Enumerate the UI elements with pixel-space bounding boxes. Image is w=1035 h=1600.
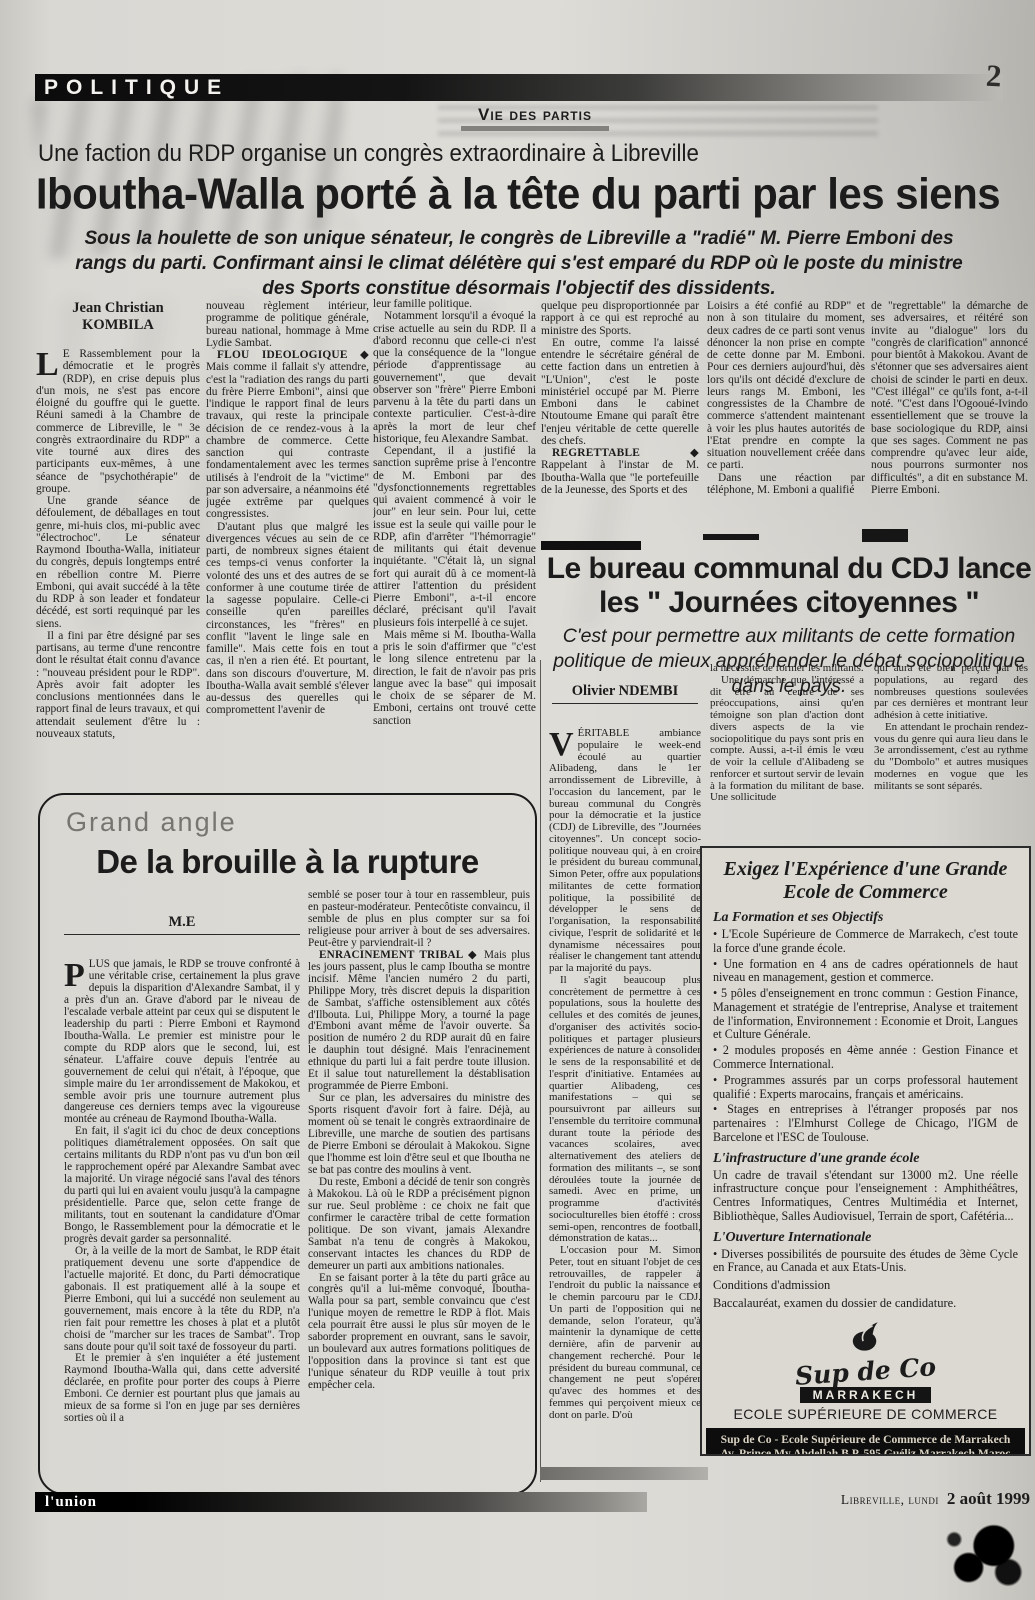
- paragraph: En se faisant porter à la tête du parti …: [308, 1273, 530, 1393]
- paragraph: Or, à la veille de la mort de Sambat, le…: [64, 1246, 300, 1354]
- paragraph: Un cadre de travail s'étendant sur 13000…: [713, 1169, 1018, 1224]
- advert-logo-subtitle: ECOLE SUPÉRIEURE DE COMMERCE: [713, 1407, 1018, 1421]
- section-bar: POLITIQUE: [35, 74, 1003, 101]
- cdj-top-rule: [541, 541, 641, 550]
- lead-byline: Jean Christian KOMBILA: [36, 300, 200, 333]
- paragraph: ENRACINEMENT TRIBAL ◆ Mais plus les jour…: [308, 950, 530, 1093]
- paragraph: Il a fini par être désigné par ses parti…: [36, 630, 200, 740]
- cdj-headline: Le bureau communal du CDJ lance les " Jo…: [545, 552, 1033, 619]
- grand-angle-column-2: semblé se poser tour à tour en rassemble…: [308, 890, 530, 1475]
- lead-headline: Iboutha-Walla porté à la tête du parti p…: [35, 169, 1001, 219]
- paragraph: Conditions d'admission: [713, 1278, 1018, 1292]
- advert-title: Exigez l'Expérience d'une Grande Ecole d…: [713, 858, 1018, 904]
- paragraph: La Formation et ses Objectifs: [713, 910, 1018, 926]
- rubric-rule: [461, 126, 609, 131]
- paragraph: Sur ce plan, les adversaires du ministre…: [308, 1093, 530, 1177]
- dropcap: L: [36, 348, 63, 378]
- paragraph: Une démarche que l'intéressé a dit être …: [710, 675, 864, 804]
- paragraph: ÉRITABLE ambiance populaire le week-end …: [549, 728, 701, 975]
- lead-column-5: Loisirs a été confié au RDP" et non à so…: [707, 300, 865, 542]
- grand-angle-byline: M.E: [64, 897, 300, 959]
- lead-column-6: de "regrettable" la démarche de ses adve…: [871, 300, 1028, 542]
- article-end-bar: [540, 1467, 708, 1480]
- grand-angle-label: Grand angle: [66, 807, 237, 838]
- ink-blot: [938, 1516, 1028, 1594]
- grand-angle-box: Grand angle De la brouille à la rupture …: [38, 793, 537, 1495]
- paragraph: semblé se poser tour à tour en rassemble…: [308, 890, 530, 950]
- lead-deck: Sous la houlette de son unique sénateur,…: [58, 226, 980, 301]
- paragraph: En outre, comme l'a laissé entendre le s…: [541, 337, 699, 447]
- section-title: POLITIQUE: [44, 76, 229, 100]
- page-number: 2: [985, 58, 1002, 95]
- cdj-byline-text: Olivier NDEMBI: [572, 683, 678, 699]
- dropcap: P: [64, 959, 89, 989]
- paragraph: Av. Prince My Abdellah B.P. 595 Guéliz M…: [714, 1447, 1017, 1456]
- lead-kicker: Une faction du RDP organise un congrès e…: [38, 140, 699, 168]
- paragraph: En fait, il s'agit ici du choc de deux c…: [64, 1126, 300, 1246]
- paragraph: REGRETTABLE ◆ Rappelant à l'instar de M.…: [541, 447, 699, 496]
- paragraph: la nécessité de former les militants.: [710, 663, 864, 675]
- lead-column-2: nouveau règlement intérieur, programme d…: [206, 300, 369, 794]
- paragraph: Et le premier à s'en inquiéter a été jus…: [64, 1353, 300, 1425]
- paragraph: En attendant le prochain rendez-vous du …: [874, 722, 1028, 793]
- end-of-column-mark: [703, 534, 759, 540]
- paragraph: qui aura été bien perçue par les populat…: [874, 663, 1028, 722]
- paragraph: • 5 pôles d'enseignement en tronc commun…: [713, 987, 1018, 1042]
- column-divider-rule: [540, 660, 541, 1482]
- paragraph: L'Ouverture Internationale: [713, 1230, 1018, 1246]
- paragraph: de "regrettable" la démarche de ses adve…: [871, 300, 1028, 496]
- newspaper-page: POLITIQUE 2 Vie des partis Une faction d…: [0, 0, 1035, 1600]
- paragraph: • Stages en entreprises à l'étranger pro…: [713, 1103, 1018, 1144]
- paragraph: L'occasion pour M. Simon Peter, tout en …: [549, 1245, 701, 1421]
- cdj-column-3: qui aura été bien perçue par les populat…: [874, 663, 1028, 845]
- paragraph: Il s'agit beaucoup plus concrètement de …: [549, 975, 701, 1245]
- paragraph: • Diverses possibilités de poursuite des…: [713, 1248, 1018, 1276]
- masthead-footer-bar: l'union: [35, 1492, 647, 1512]
- grand-angle-byline-text: M.E: [169, 914, 196, 930]
- footer-date-value: 2 août 1999: [947, 1489, 1030, 1508]
- paragraph: FLOU IDEOLOGIQUE ◆ Mais comme il fallait…: [206, 349, 369, 521]
- advert-contact-block: Sup de Co - Ecole Supérieure de Commerce…: [706, 1428, 1025, 1456]
- paragraph: D'autant plus que malgré les divergences…: [206, 521, 369, 717]
- rubric-title: Vie des partis: [420, 105, 650, 125]
- paragraph: Cependant, il a justifié la sanction sup…: [373, 445, 536, 629]
- cdj-column-2: la nécessité de former les militants.Une…: [710, 663, 864, 845]
- column-text: LUS que jamais, le RDP se trouve confron…: [64, 959, 300, 1425]
- byline-rule: [552, 703, 698, 704]
- paragraph: • Programmes assurés par un corps profes…: [713, 1074, 1018, 1102]
- column-text: E Rassemblement pour la démocratie et le…: [36, 348, 200, 740]
- footer-date: Libreville, lundi 2 août 1999: [780, 1489, 1030, 1509]
- paragraph: Du reste, Emboni a décidé de tenir son c…: [308, 1177, 530, 1273]
- end-of-column-mark: [862, 529, 908, 542]
- lead-column-3: leur famille politique.Notamment lorsqu'…: [373, 298, 536, 786]
- paragraph: Une grande séance de défoulement, de déb…: [36, 495, 200, 630]
- paragraph: Notamment lorsqu'il a évoqué la crise ac…: [373, 310, 536, 445]
- paragraph: quelque peu disproportionnée par rapport…: [541, 300, 699, 337]
- byline-rule: [64, 934, 300, 935]
- advert-body: La Formation et ses Objectifs• L'Ecole S…: [713, 910, 1018, 1310]
- lead-column-1: L E Rassemblement pour la démocratie et …: [36, 348, 200, 814]
- paragraph: LUS que jamais, le RDP se trouve confron…: [64, 959, 300, 1126]
- paragraph: • Une formation en 4 ans de cadres opéra…: [713, 958, 1018, 986]
- paragraph: leur famille politique.: [373, 298, 536, 310]
- paragraph: nouveau règlement intérieur, programme d…: [206, 300, 369, 349]
- paragraph: • L'Ecole Supérieure de Commerce de Marr…: [713, 928, 1018, 956]
- paragraph: Sup de Co - Ecole Supérieure de Commerce…: [714, 1433, 1017, 1447]
- paragraph: L'infrastructure d'une grande école: [713, 1151, 1018, 1167]
- sup-de-co-advert: Exigez l'Expérience d'une Grande Ecole d…: [700, 846, 1031, 1456]
- rubric: Vie des partis: [420, 105, 650, 131]
- dropcap: V: [549, 728, 578, 758]
- masthead-name: l'union: [45, 1494, 97, 1511]
- paragraph: Dans une réaction par téléphone, M. Embo…: [707, 472, 865, 497]
- lead-column-4: quelque peu disproportionnée par rapport…: [541, 300, 699, 542]
- advert-logo: Sup de Co MARRAKECH ECOLE SUPÉRIEURE DE …: [713, 1317, 1018, 1421]
- column-text: ÉRITABLE ambiance populaire le week-end …: [549, 728, 701, 1421]
- cdj-headline-line2: les " Journées citoyennes ": [599, 586, 979, 619]
- cdj-column-1: Olivier NDEMBI V ÉRITABLE ambiance popul…: [549, 666, 701, 1482]
- swan-logo-icon: [844, 1317, 888, 1355]
- cdj-byline: Olivier NDEMBI: [549, 666, 701, 728]
- paragraph: Mais même si M. Iboutha-Walla a pris le …: [373, 629, 536, 727]
- footer-place: Libreville, lundi: [841, 1492, 939, 1507]
- paragraph: • 2 modules proposés en 4ème année : Ges…: [713, 1044, 1018, 1072]
- paragraph: Loisirs a été confié au RDP" et non à so…: [707, 300, 865, 472]
- cdj-headline-line1: Le bureau communal du CDJ lance: [547, 552, 1032, 585]
- grand-angle-column-1: M.E P LUS que jamais, le RDP se trouve c…: [64, 897, 300, 1475]
- grand-angle-headline: De la brouille à la rupture: [40, 843, 535, 881]
- paragraph: Baccalauréat, examen du dossier de candi…: [713, 1296, 1018, 1310]
